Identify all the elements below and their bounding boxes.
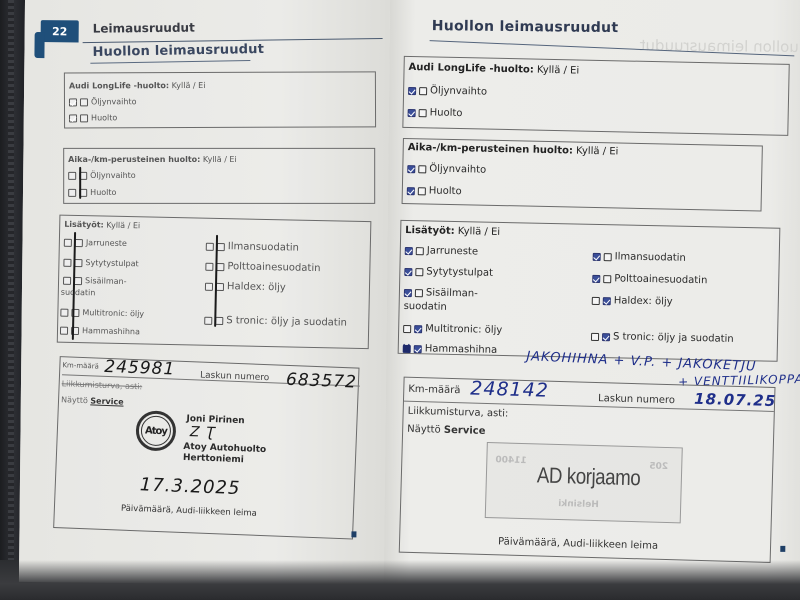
no-checkbox[interactable] [75,238,83,246]
no-checkbox[interactable] [419,87,427,95]
extra-haldex-oil: Haldex: öljy [592,295,673,308]
yes-checkbox[interactable] [60,326,68,334]
display-label: Näyttö Service [407,424,486,437]
no-checkbox[interactable] [80,114,88,122]
service-record-box: Km-määrä 245981 Laskun numero 683572 Lii… [53,356,359,539]
extra-work-box: Lisätyöt: Kyllä / Ei Jarruneste Sytytyst… [398,220,781,362]
yes-checkbox[interactable] [68,188,76,196]
atoy-logo-icon: Atoy [135,410,177,452]
yes-checkbox[interactable] [593,252,601,260]
right-page: Huollon leimausruudut Huollon leimausruu… [384,0,800,590]
display-label: Näyttö Service [61,395,124,406]
yes-checkbox[interactable] [205,262,213,270]
longlife-service: Huolto [69,113,117,122]
page-marker [351,531,356,537]
yes-checkbox[interactable] [60,308,68,316]
warranty-label: Liikkumisturva, asti: [62,379,143,391]
date-stamp-caption: Päivämäärä, Audi-liikkeen leima [121,504,257,519]
longlife-service: Huolto [408,107,463,119]
km-label: Km-määrä [62,361,99,370]
page-marker [780,546,785,552]
yes-checkbox[interactable] [404,267,412,275]
yes-checkbox[interactable] [404,288,412,296]
time-km-service-box: Aika-/km-perusteinen huolto: Kyllä / Ei … [402,138,763,212]
no-checkbox[interactable] [603,297,611,305]
yes-checkbox[interactable] [63,258,71,266]
yes-checkbox[interactable] [592,296,600,304]
invoice-value: 683572 [286,370,358,393]
yes-checkbox[interactable] [68,171,76,179]
extra-fuel-filter: Polttoainesuodatin [205,261,320,274]
service-date: 17.3.2025 [139,474,240,499]
ad-korjaamo-stamp: 11400 205 Helsinki AD korjaamo [485,442,683,523]
no-checkbox[interactable] [80,98,88,106]
yes-checkbox[interactable] [408,86,416,94]
extra-s-tronic-oil-filter: S tronic: öljy ja suodatin [591,331,734,345]
time-km-service: Huolto [68,188,116,197]
warranty-label: Liikkumisturva, asti: [408,406,509,420]
time-km-oil-change: Öljynvaihto [407,163,486,176]
yes-checkbox[interactable] [592,274,600,282]
extra-air-filter: Ilmansuodatin [593,251,686,264]
yes-checkbox[interactable] [407,165,415,173]
yes-checkbox[interactable] [591,332,599,340]
extra-work-title: Lisätyöt: Kyllä / Ei [64,220,140,231]
chapter-title: Leimausruudut [93,21,195,36]
no-checkbox[interactable] [416,247,424,255]
no-checkbox[interactable] [418,187,426,195]
no-checkbox[interactable] [74,258,82,266]
stamp-location: Herttoniemi [183,453,244,466]
km-value: 245981 [104,357,176,380]
time-km-title: Aika-/km-perusteinen huolto: Kyllä / Ei [68,155,237,164]
km-label: Km-määrä [408,384,460,396]
extra-multitronic-oil: Multitronic: öljy [403,323,502,336]
yes-checkbox[interactable] [403,324,411,332]
service-record-box: Km-määrä 248142 Laskun numero 18.07.25 L… [399,377,776,563]
section-title: Huollon leimausruudut [92,42,264,60]
no-checkbox[interactable] [603,275,611,283]
extra-cabin-filter-line2: suodatin [404,301,447,313]
no-checkbox[interactable] [419,109,427,117]
extra-brake-fluid: Jarruneste [405,245,478,258]
page-number-tab: 22 [41,20,79,42]
no-checkbox[interactable] [415,289,423,297]
no-checkbox[interactable] [216,282,224,290]
yes-checkbox[interactable] [205,282,213,290]
longlife-box: Audi LongLife -huolto: Kyllä / Ei Öljynv… [64,71,376,128]
date-stamp-caption: Päivämäärä, Audi-liikkeen leima [498,536,658,551]
no-checkbox[interactable] [604,253,612,261]
no-checkbox[interactable] [215,316,223,324]
extra-cabin-filter: Sisäilman- [404,287,478,300]
desk-surface [0,560,800,600]
no-checkbox[interactable] [418,165,426,173]
pen-strike-line [79,167,81,199]
section-title: Huollon leimausruudut [432,18,619,36]
time-km-title: Aika-/km-perusteinen huolto: Kyllä / Ei [408,142,619,157]
extra-work-title: Lisätyöt: Kyllä / Ei [405,225,500,238]
longlife-title: Audi LongLife -huolto: Kyllä / Ei [69,81,206,90]
invoice-label: Laskun numero [598,393,675,406]
signature: Z Ʈ [190,424,216,441]
yes-checkbox[interactable] [407,187,415,195]
yes-checkbox[interactable] [408,108,416,116]
extra-air-filter: Ilmansuodatin [206,241,299,254]
yes-checkbox[interactable] [69,114,77,122]
no-checkbox[interactable] [414,325,422,333]
extra-fuel-filter: Polttoainesuodatin [592,273,707,286]
service-booklet-spread: 22 Leimausruudut Huollon leimausruudut A… [19,0,800,590]
left-page: 22 Leimausruudut Huollon leimausruudut A… [19,0,390,586]
yes-checkbox[interactable] [206,242,214,250]
extra-work-box: Lisätyöt: Kyllä / Ei Jarruneste Sytytyst… [57,215,372,350]
yes-checkbox[interactable] [405,246,413,254]
no-checkbox[interactable] [217,242,225,250]
longlife-oil-change: Öljynvaihto [69,97,137,106]
extra-spark-plugs: Sytytystulpat [404,266,493,279]
invoice-value: 18.07.25 [694,390,777,410]
no-checkbox[interactable] [74,276,82,284]
section-divider [90,60,250,64]
no-checkbox[interactable] [602,333,610,341]
time-km-service-box: Aika-/km-perusteinen huolto: Kyllä / Ei … [63,148,375,204]
km-value: 248142 [470,378,549,402]
no-checkbox[interactable] [414,345,422,353]
pen-strike-line [72,232,76,340]
no-checkbox[interactable] [415,268,423,276]
no-checkbox[interactable] [216,262,224,270]
yes-checkbox[interactable] [403,344,411,352]
yes-checkbox[interactable] [64,238,72,246]
longlife-oil-change: Öljynvaihto [408,85,487,98]
longlife-title: Audi LongLife -huolto: Kyllä / Ei [408,62,579,77]
yes-checkbox[interactable] [63,276,71,284]
yes-checkbox[interactable] [204,316,212,324]
invoice-label: Laskun numero [200,371,269,384]
yes-checkbox[interactable] [69,98,77,106]
extra-timing-belt: Hammashihna [403,343,498,356]
extra-s-tronic-oil-filter: S tronic: öljy ja suodatin [204,315,347,329]
extra-cabin-filter-line2: suodatin [61,288,96,298]
longlife-box: Audi LongLife -huolto: Kyllä / Ei Öljynv… [402,56,789,136]
time-km-service: Huolto [407,185,462,197]
